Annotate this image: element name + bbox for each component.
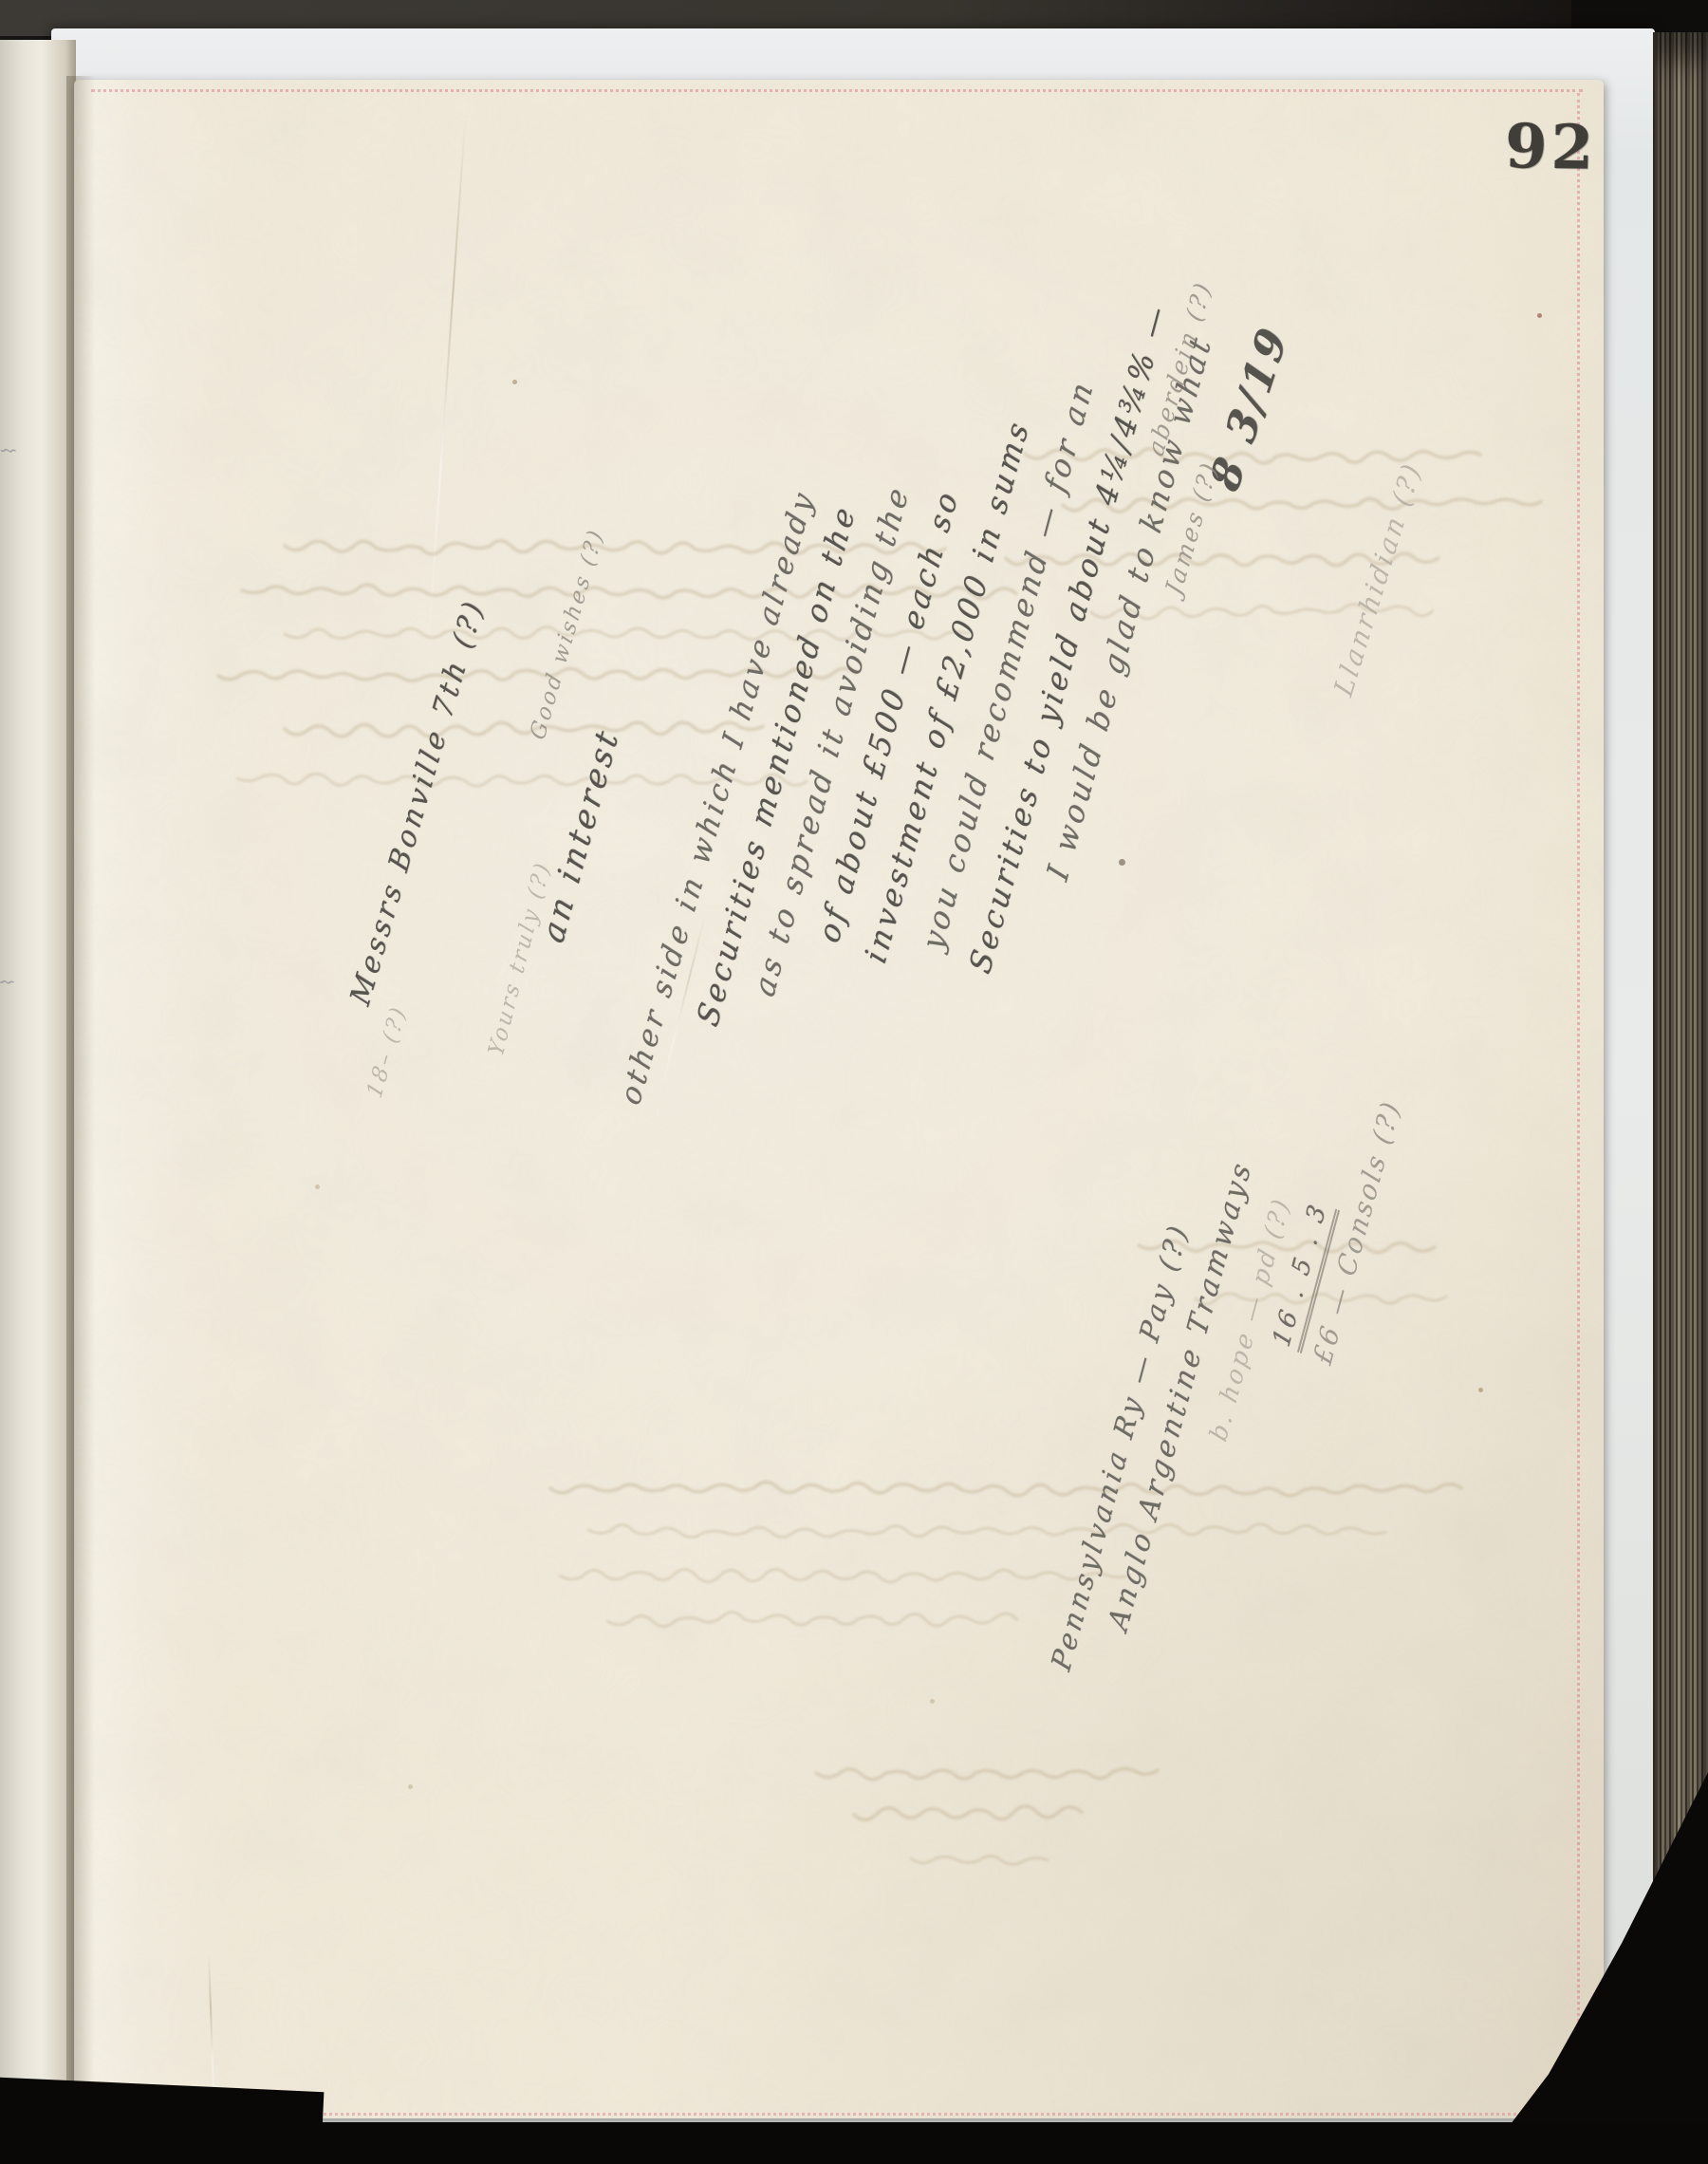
- paper-grain: [74, 80, 1604, 2118]
- foxing-speck: [930, 1699, 935, 1704]
- foxing-speck: [408, 1784, 413, 1789]
- folio-number: 92: [1504, 111, 1610, 198]
- background-bottom: [0, 2122, 1708, 2164]
- foxing-speck: [1537, 313, 1542, 318]
- foxing-speck: [1119, 859, 1125, 866]
- foxing-speck: [315, 1185, 320, 1189]
- scanned-letterbook-page: ⌇ ⌇ 92 8 3/19aberdein (?)James (?)Llanrh…: [0, 0, 1708, 2164]
- foxing-speck: [1478, 1388, 1483, 1392]
- showthrough-and-grain-layer: [0, 0, 1708, 2164]
- foxing-speck: [512, 380, 517, 384]
